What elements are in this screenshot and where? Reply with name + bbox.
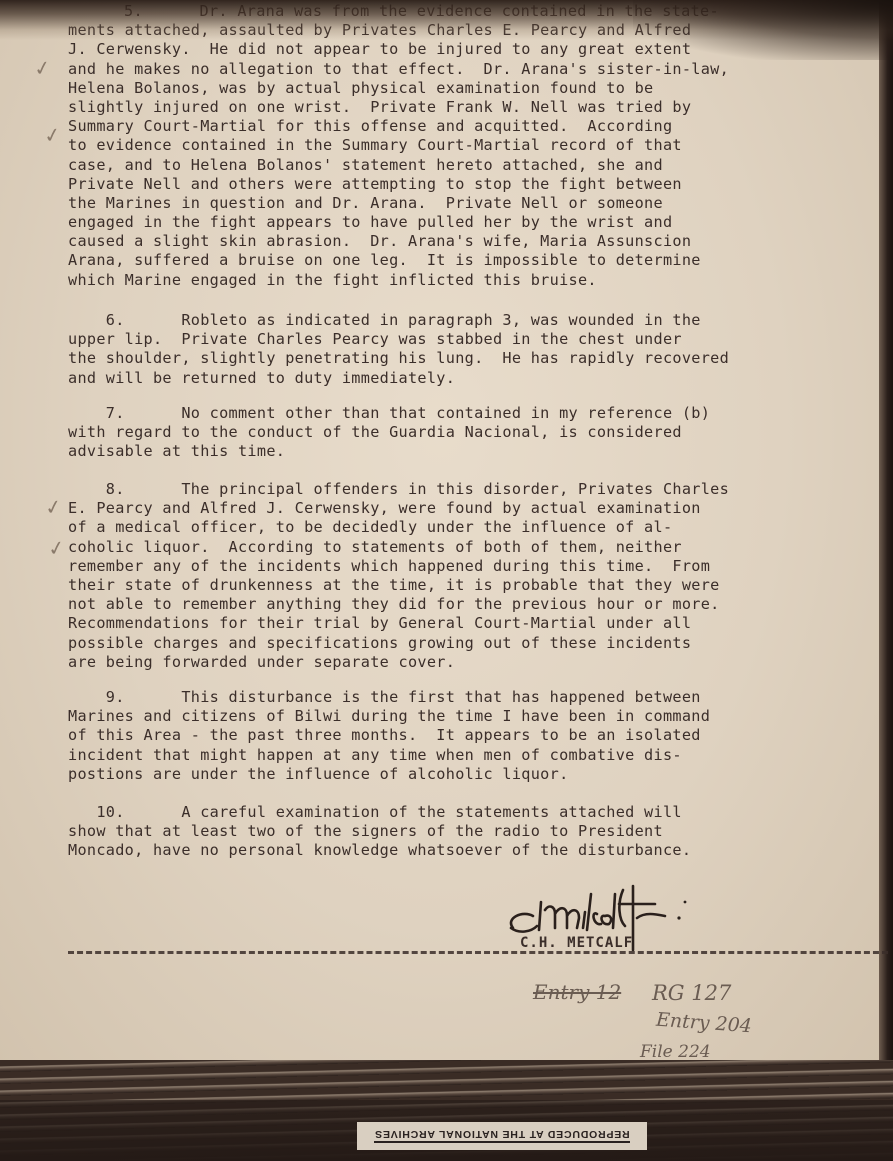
text-line: are being forwarded under separate cover… xyxy=(68,653,729,672)
typed-signatory-name: C.H. METCALF xyxy=(520,935,633,951)
text-line: not able to remember anything they did f… xyxy=(68,595,729,614)
paragraph-9: 9. This disturbance is the first that ha… xyxy=(68,688,710,784)
text-line: of a medical officer, to be decidedly un… xyxy=(68,518,729,537)
text-line: Helena Bolanos, was by actual physical e… xyxy=(68,79,729,98)
text-line: possible charges and specifications grow… xyxy=(68,634,729,653)
paragraph-8: 8. The principal offenders in this disor… xyxy=(68,480,729,672)
text-line: caused a slight skin abrasion. Dr. Arana… xyxy=(68,232,729,251)
text-line: coholic liquor. According to statements … xyxy=(68,538,729,557)
text-line: 5. Dr. Arana was from the evidence conta… xyxy=(68,2,729,21)
text-line: Recommendations for their trial by Gener… xyxy=(68,614,729,633)
text-line: 7. No comment other than that contained … xyxy=(68,404,710,423)
text-line: E. Pearcy and Alfred J. Cerwensky, were … xyxy=(68,499,729,518)
stamp-text: REPRODUCED AT THE NATIONAL ARCHIVES xyxy=(374,1129,629,1144)
scanned-document-page: 5. Dr. Arana was from the evidence conta… xyxy=(0,0,893,1161)
text-line: which Marine engaged in the fight inflic… xyxy=(68,271,729,290)
paragraph-6: 6. Robleto as indicated in paragraph 3, … xyxy=(68,311,729,388)
text-line: 9. This disturbance is the first that ha… xyxy=(68,688,710,707)
text-line: Private Nell and others were attempting … xyxy=(68,175,729,194)
text-line: Marines and citizens of Bilwi during the… xyxy=(68,707,710,726)
national-archives-stamp: REPRODUCED AT THE NATIONAL ARCHIVES xyxy=(357,1122,647,1150)
text-line: Moncado, have no personal knowledge what… xyxy=(68,841,691,860)
text-line: and he makes no allegation to that effec… xyxy=(68,60,729,79)
paragraph-5: 5. Dr. Arana was from the evidence conta… xyxy=(68,2,729,290)
text-line: and will be returned to duty immediately… xyxy=(68,369,729,388)
paragraph-7: 7. No comment other than that contained … xyxy=(68,404,710,462)
text-line: to evidence contained in the Summary Cou… xyxy=(68,136,729,155)
text-line: ments attached, assaulted by Privates Ch… xyxy=(68,21,729,40)
archival-note-file: File 224 xyxy=(640,1042,711,1062)
text-line: show that at least two of the signers of… xyxy=(68,822,691,841)
text-line: 6. Robleto as indicated in paragraph 3, … xyxy=(68,311,729,330)
archival-note-record-group: RG 127 xyxy=(652,981,731,1005)
paper-right-edge xyxy=(879,0,893,1161)
text-line: engaged in the fight appears to have pul… xyxy=(68,213,729,232)
text-line: slightly injured on one wrist. Private F… xyxy=(68,98,729,117)
text-line: upper lip. Private Charles Pearcy was st… xyxy=(68,330,729,349)
text-line: with regard to the conduct of the Guardi… xyxy=(68,423,710,442)
text-line: Arana, suffered a bruise on one leg. It … xyxy=(68,251,729,270)
text-line: advisable at this time. xyxy=(68,442,710,461)
text-line: remember any of the incidents which happ… xyxy=(68,557,729,576)
text-line: the Marines in question and Dr. Arana. P… xyxy=(68,194,729,213)
text-line: case, and to Helena Bolanos' statement h… xyxy=(68,156,729,175)
text-line: incident that might happen at any time w… xyxy=(68,746,710,765)
text-line: their state of drunkenness at the time, … xyxy=(68,576,729,595)
text-line: 10. A careful examination of the stateme… xyxy=(68,803,691,822)
paragraph-10: 10. A careful examination of the stateme… xyxy=(68,803,691,861)
text-line: Summary Court-Martial for this offense a… xyxy=(68,117,729,136)
text-line: 8. The principal offenders in this disor… xyxy=(68,480,729,499)
text-line: the shoulder, slightly penetrating his l… xyxy=(68,349,729,368)
text-line: J. Cerwensky. He did not appear to be in… xyxy=(68,40,729,59)
struck-archival-note: Entry 12 xyxy=(533,980,621,1004)
text-line: postions are under the influence of alco… xyxy=(68,765,710,784)
dashed-separator xyxy=(68,951,888,958)
text-line: of this Area - the past three months. It… xyxy=(68,726,710,745)
